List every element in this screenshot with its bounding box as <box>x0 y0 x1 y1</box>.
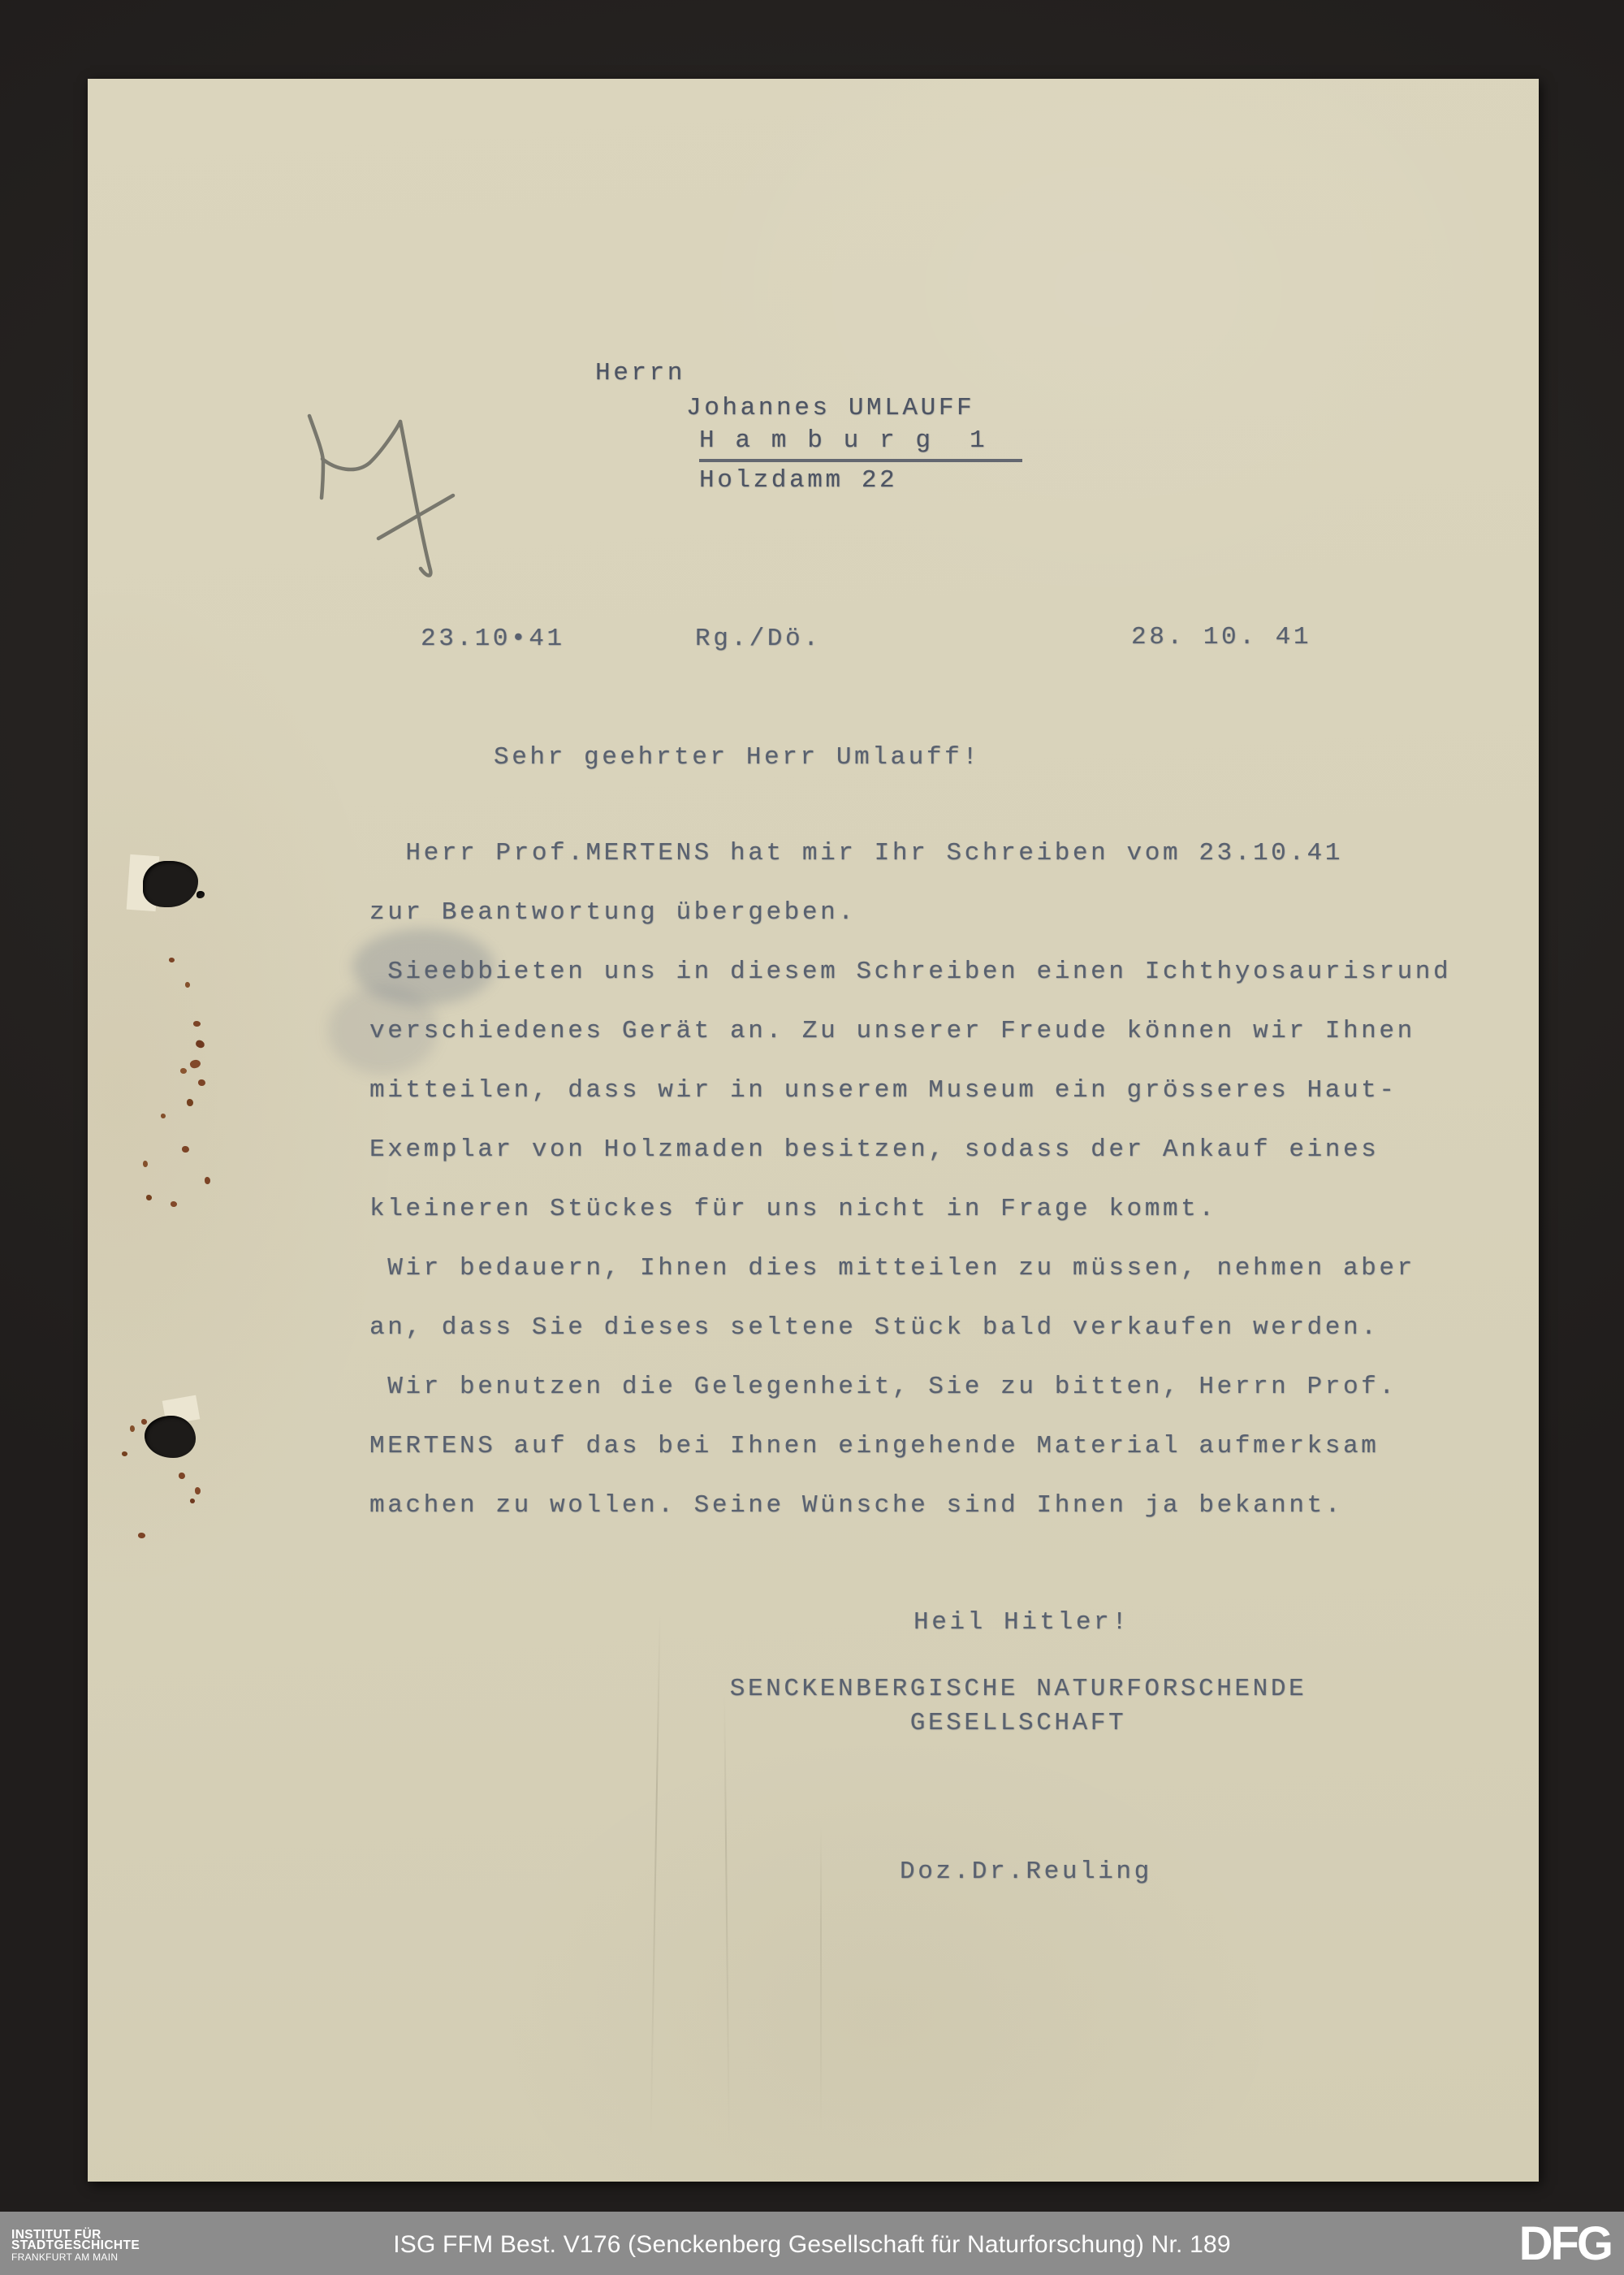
body-line: Herr Prof.MERTENS hat mir Ihr Schreiben … <box>369 824 1506 883</box>
body-line: Wir benutzen die Gelegenheit, Sie zu bit… <box>369 1357 1506 1416</box>
body-line: Exemplar von Holzmaden besitzen, sodass … <box>369 1120 1506 1179</box>
body-line: machen zu wollen. Seine Wünsche sind Ihn… <box>369 1476 1506 1535</box>
signature-name: Doz.Dr.Reuling <box>900 1858 1152 1887</box>
reference-initials: Rg./Dö. <box>695 625 821 654</box>
paper-crease <box>723 1691 730 2146</box>
body-line: kleineren Stückes für uns nicht in Frage… <box>369 1179 1506 1239</box>
body-line: zur Beantwortung übergeben. <box>369 883 1506 942</box>
body-line: Wir bedauern, Ihnen dies mitteilen zu mü… <box>369 1239 1506 1298</box>
dfg-logo: DFG <box>1519 2217 1611 2271</box>
closing-salute: Heil Hitler! <box>914 1608 1129 1637</box>
letter-paper: Herrn Johannes UMLAUFF H a m b u r g 1 H… <box>88 79 1539 2182</box>
archive-caption: ISG FFM Best. V176 (Senckenberg Gesellsc… <box>0 2231 1624 2259</box>
received-date: 28. 10. 41 <box>1131 623 1311 652</box>
recipient-city-underlined: H a m b u r g 1 <box>699 426 1022 462</box>
recipient-city: H a m b u r g 1 <box>699 426 1022 462</box>
body-line: mitteilen, dass wir in unserem Museum ei… <box>369 1061 1506 1120</box>
hole-punch-top <box>143 861 198 907</box>
hole-punch-bottom <box>145 1416 196 1458</box>
salutation: Sehr geehrter Herr Umlauff! <box>494 743 980 772</box>
recipient-street: Holzdamm 22 <box>699 466 897 495</box>
organization-line-2: GESELLSCHAFT <box>729 1706 1307 1741</box>
recipient-salutation-word: Herrn <box>595 359 685 388</box>
body-line: MERTENS auf das bei Ihnen eingehende Mat… <box>369 1416 1506 1476</box>
hole-punch-top-fragment <box>197 891 205 898</box>
organization-line-1: SENCKENBERGISCHE NATURFORSCHENDE <box>729 1672 1307 1706</box>
organization-name: SENCKENBERGISCHE NATURFORSCHENDE GESELLS… <box>729 1672 1307 1741</box>
scan-mount: Herrn Johannes UMLAUFF H a m b u r g 1 H… <box>0 0 1624 2275</box>
letter-date: 23.10•41 <box>421 625 565 654</box>
letter-body: Herr Prof.MERTENS hat mir Ihr Schreiben … <box>369 824 1506 1535</box>
body-line: Sieebbieten uns in diesem Schreiben eine… <box>369 942 1506 1001</box>
body-line: verschiedenes Gerät an. Zu unserer Freud… <box>369 1001 1506 1061</box>
recipient-name: Johannes UMLAUFF <box>686 394 974 423</box>
body-line: an, dass Sie dieses seltene Stück bald v… <box>369 1298 1506 1357</box>
archive-footer-bar: INSTITUT FÜR STADTGESCHICHTE FRANKFURT A… <box>0 2212 1624 2275</box>
paper-crease <box>650 1614 660 2142</box>
paper-crease <box>820 1825 822 2134</box>
